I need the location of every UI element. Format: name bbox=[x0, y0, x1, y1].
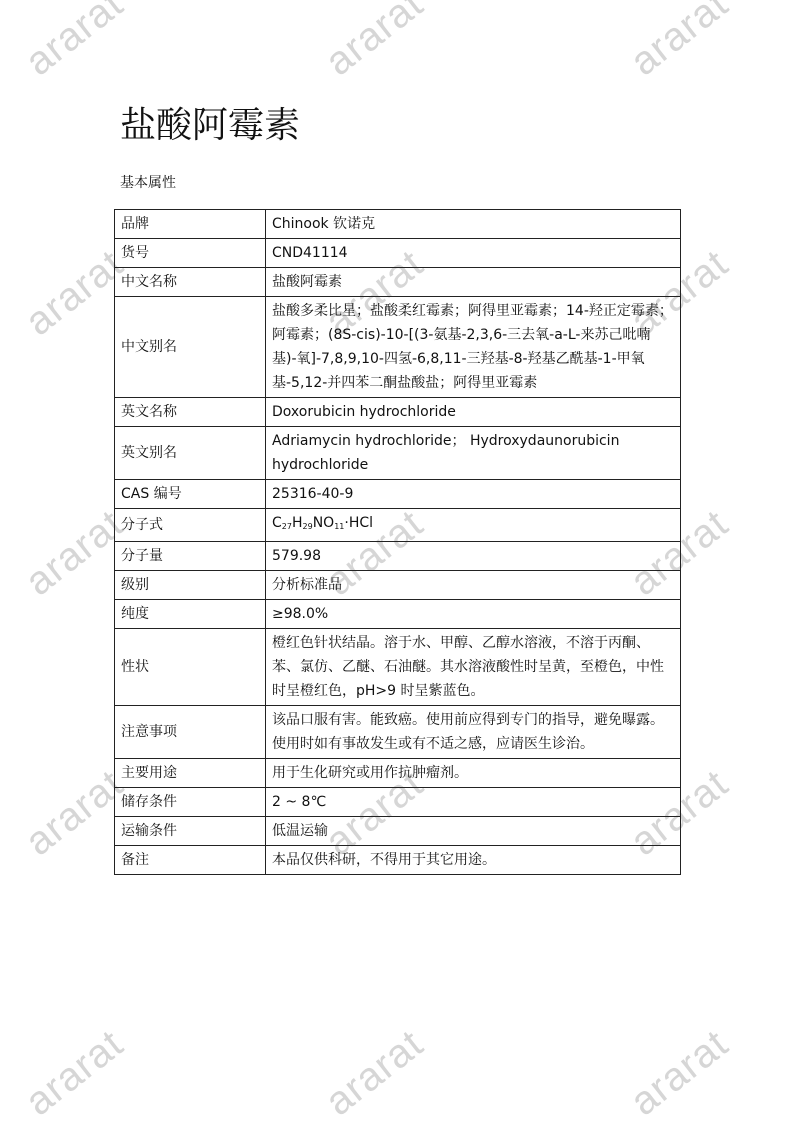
property-value: 25316-40-9 bbox=[266, 480, 681, 509]
property-key: 货号 bbox=[115, 239, 266, 268]
property-key: 中文别名 bbox=[115, 297, 266, 398]
property-key: 备注 bbox=[115, 846, 266, 875]
property-value: 用于生化研究或用作抗肿瘤剂。 bbox=[266, 759, 681, 788]
property-value: Chinook 钦诺克 bbox=[266, 210, 681, 239]
property-key: 纯度 bbox=[115, 600, 266, 629]
property-value: Adriamycin hydrochloride； Hydroxydaunoru… bbox=[266, 427, 681, 480]
property-value: 分析标准品 bbox=[266, 571, 681, 600]
table-row: 品牌Chinook 钦诺克 bbox=[115, 210, 681, 239]
property-key: 储存条件 bbox=[115, 788, 266, 817]
property-value: 橙红色针状结晶。溶于水、甲醇、乙醇水溶液，不溶于丙酮、苯、氯仿、乙醚、石油醚。其… bbox=[266, 629, 681, 706]
table-row: 运输条件低温运输 bbox=[115, 817, 681, 846]
property-key: 运输条件 bbox=[115, 817, 266, 846]
watermark: ararat bbox=[317, 1022, 432, 1122]
property-key: 性状 bbox=[115, 629, 266, 706]
table-row: 分子量579.98 bbox=[115, 542, 681, 571]
property-value: 579.98 bbox=[266, 542, 681, 571]
table-row: 分子式 27C27H29NO11·HCl bbox=[115, 509, 681, 542]
table-row: 级别分析标准品 bbox=[115, 571, 681, 600]
property-key: 级别 bbox=[115, 571, 266, 600]
page-title: 盐酸阿霉素 bbox=[120, 104, 300, 148]
section-heading: 基本属性 bbox=[120, 172, 176, 192]
table-row: 注意事项该品口服有害。能致癌。使用前应得到专门的指导，避免曝露。使用时如有事故发… bbox=[115, 706, 681, 759]
property-key: CAS 编号 bbox=[115, 480, 266, 509]
table-row: 储存条件2 ~ 8℃ bbox=[115, 788, 681, 817]
property-value: 2 ~ 8℃ bbox=[266, 788, 681, 817]
table-row: 货号CND41114 bbox=[115, 239, 681, 268]
table-row: 性状橙红色针状结晶。溶于水、甲醇、乙醇水溶液，不溶于丙酮、苯、氯仿、乙醚、石油醚… bbox=[115, 629, 681, 706]
table-row: CAS 编号25316-40-9 bbox=[115, 480, 681, 509]
property-key: 英文别名 bbox=[115, 427, 266, 480]
property-value: CND41114 bbox=[266, 239, 681, 268]
property-key: 英文名称 bbox=[115, 398, 266, 427]
property-value: 本品仅供科研，不得用于其它用途。 bbox=[266, 846, 681, 875]
properties-table: 品牌Chinook 钦诺克 货号CND41114 中文名称盐酸阿霉素 中文别名盐… bbox=[114, 209, 681, 875]
watermark: ararat bbox=[17, 0, 132, 85]
property-value: 盐酸阿霉素 bbox=[266, 268, 681, 297]
table-row: 英文别名Adriamycin hydrochloride； Hydroxydau… bbox=[115, 427, 681, 480]
watermark: ararat bbox=[622, 0, 737, 85]
property-value: 该品口服有害。能致癌。使用前应得到专门的指导，避免曝露。使用时如有事故发生或有不… bbox=[266, 706, 681, 759]
property-value: Doxorubicin hydrochloride bbox=[266, 398, 681, 427]
watermark: ararat bbox=[317, 0, 432, 85]
property-key: 中文名称 bbox=[115, 268, 266, 297]
table-row: 中文别名盐酸多柔比星；盐酸柔红霉素；阿得里亚霉素；14-羟正定霉素；阿霉素；(8… bbox=[115, 297, 681, 398]
property-key: 注意事项 bbox=[115, 706, 266, 759]
molecular-formula: 27C27H29NO11·HCl bbox=[266, 509, 681, 542]
property-value: 盐酸多柔比星；盐酸柔红霉素；阿得里亚霉素；14-羟正定霉素；阿霉素；(8S-ci… bbox=[266, 297, 681, 398]
table-row: 主要用途用于生化研究或用作抗肿瘤剂。 bbox=[115, 759, 681, 788]
table-row: 中文名称盐酸阿霉素 bbox=[115, 268, 681, 297]
property-key: 分子量 bbox=[115, 542, 266, 571]
property-value: ≥98.0% bbox=[266, 600, 681, 629]
property-key: 品牌 bbox=[115, 210, 266, 239]
table-row: 备注本品仅供科研，不得用于其它用途。 bbox=[115, 846, 681, 875]
property-value: 低温运输 bbox=[266, 817, 681, 846]
property-key: 分子式 bbox=[115, 509, 266, 542]
watermark: ararat bbox=[17, 1022, 132, 1122]
property-key: 主要用途 bbox=[115, 759, 266, 788]
table-row: 英文名称Doxorubicin hydrochloride bbox=[115, 398, 681, 427]
watermark: ararat bbox=[622, 1022, 737, 1122]
table-row: 纯度≥98.0% bbox=[115, 600, 681, 629]
